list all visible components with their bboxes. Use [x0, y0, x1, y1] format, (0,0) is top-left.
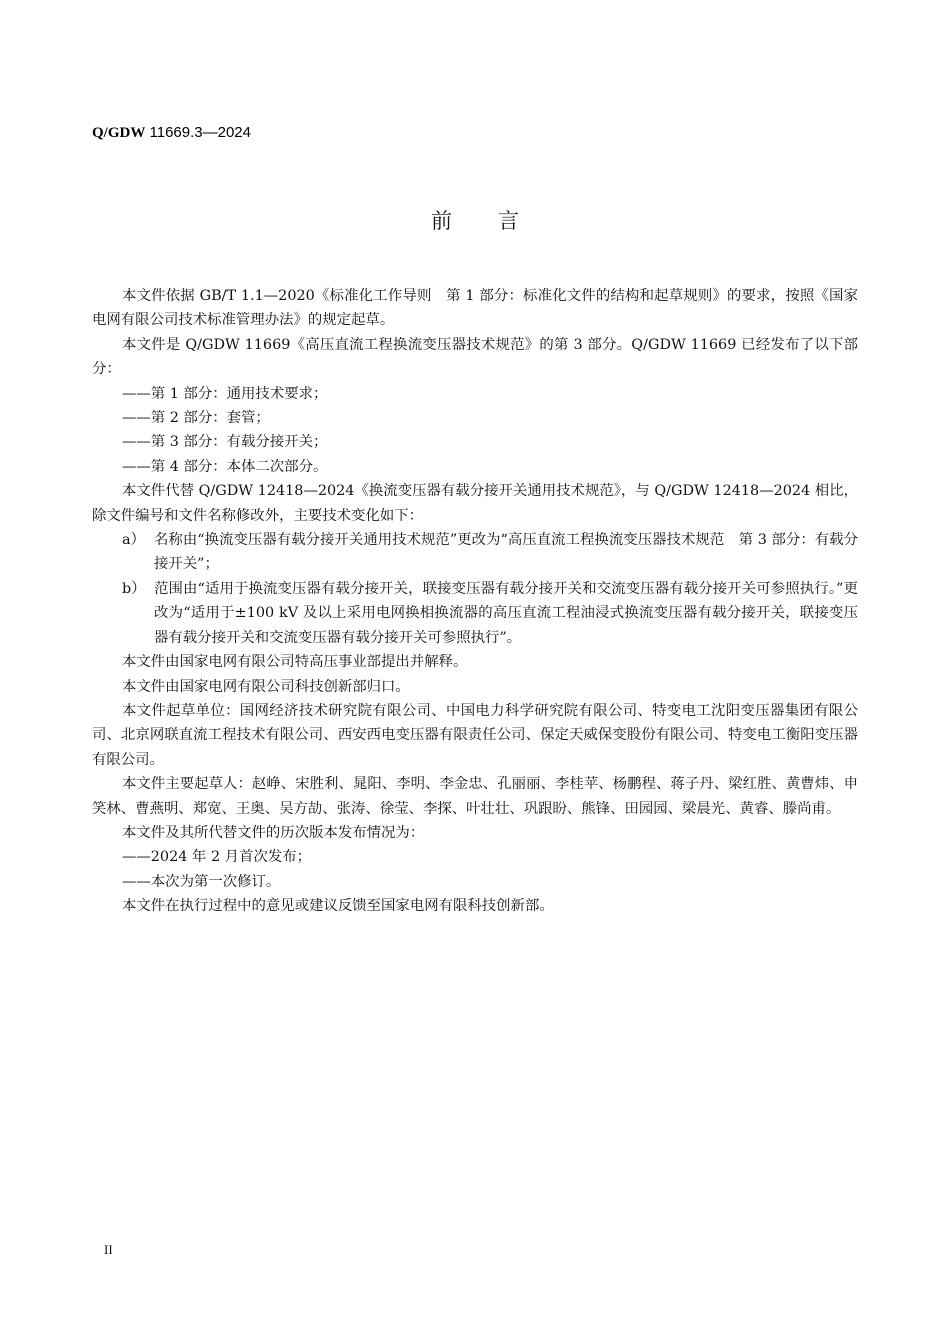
- list-item-text: 范围由“适用于换流变压器有载分接开关，联接变压器有载分接开关和交流变压器有载分接…: [154, 581, 858, 646]
- list-item-change: a）名称由“换流变压器有载分接开关通用技术规范”更改为“高压直流工程换流变压器技…: [92, 528, 858, 577]
- list-item-part: ——第 3 部分：有载分接开关；: [92, 430, 858, 454]
- paragraph-administrator: 本文件由国家电网有限公司科技创新部归口。: [92, 675, 858, 699]
- list-marker: a）: [122, 528, 145, 552]
- document-body: 本文件依据 GB/T 1.1—2020《标准化工作导则 第 1 部分：标准化文件…: [92, 284, 858, 919]
- page-number: II: [104, 1242, 113, 1258]
- paragraph-drafting-units: 本文件起草单位：国网经济技术研究院有限公司、中国电力科学研究院有限公司、特变电工…: [92, 699, 858, 772]
- list-item-part: ——第 4 部分：本体二次部分。: [92, 455, 858, 479]
- paragraph-series: 本文件是 Q/GDW 11669《高压直流工程换流变压器技术规范》的第 3 部分…: [92, 333, 858, 382]
- paragraph-replaces: 本文件代替 Q/GDW 12418—2024《换流变压器有载分接开关通用技术规范…: [92, 479, 858, 528]
- list-item-change: b）范围由“适用于换流变压器有载分接开关，联接变压器有载分接开关和交流变压器有载…: [92, 577, 858, 650]
- paragraph-basis: 本文件依据 GB/T 1.1—2020《标准化工作导则 第 1 部分：标准化文件…: [92, 284, 858, 333]
- list-item-history: ——2024 年 2 月首次发布；: [92, 845, 858, 869]
- list-item-text: 名称由“换流变压器有载分接开关通用技术规范”更改为“高压直流工程换流变压器技术规…: [154, 532, 858, 572]
- document-code-prefix: Q/GDW: [92, 125, 145, 141]
- document-code: Q/GDW 11669.3—2024: [92, 124, 251, 142]
- paragraph-feedback: 本文件在执行过程中的意见或建议反馈至国家电网有限科技创新部。: [92, 894, 858, 918]
- page-title: 前言: [0, 205, 950, 235]
- paragraph-history-intro: 本文件及其所代替文件的历次版本发布情况为：: [92, 821, 858, 845]
- list-item-part: ——第 1 部分：通用技术要求；: [92, 382, 858, 406]
- list-item-history: ——本次为第一次修订。: [92, 870, 858, 894]
- paragraph-proposer: 本文件由国家电网有限公司特高压事业部提出并解释。: [92, 650, 858, 674]
- list-marker: b）: [122, 577, 146, 601]
- paragraph-drafters: 本文件主要起草人：赵峥、宋胜利、晁阳、李明、李金忠、孔丽丽、李桂苹、杨鹏程、蒋子…: [92, 772, 858, 821]
- list-item-part: ——第 2 部分：套管；: [92, 406, 858, 430]
- document-code-number: 11669.3—2024: [145, 124, 251, 141]
